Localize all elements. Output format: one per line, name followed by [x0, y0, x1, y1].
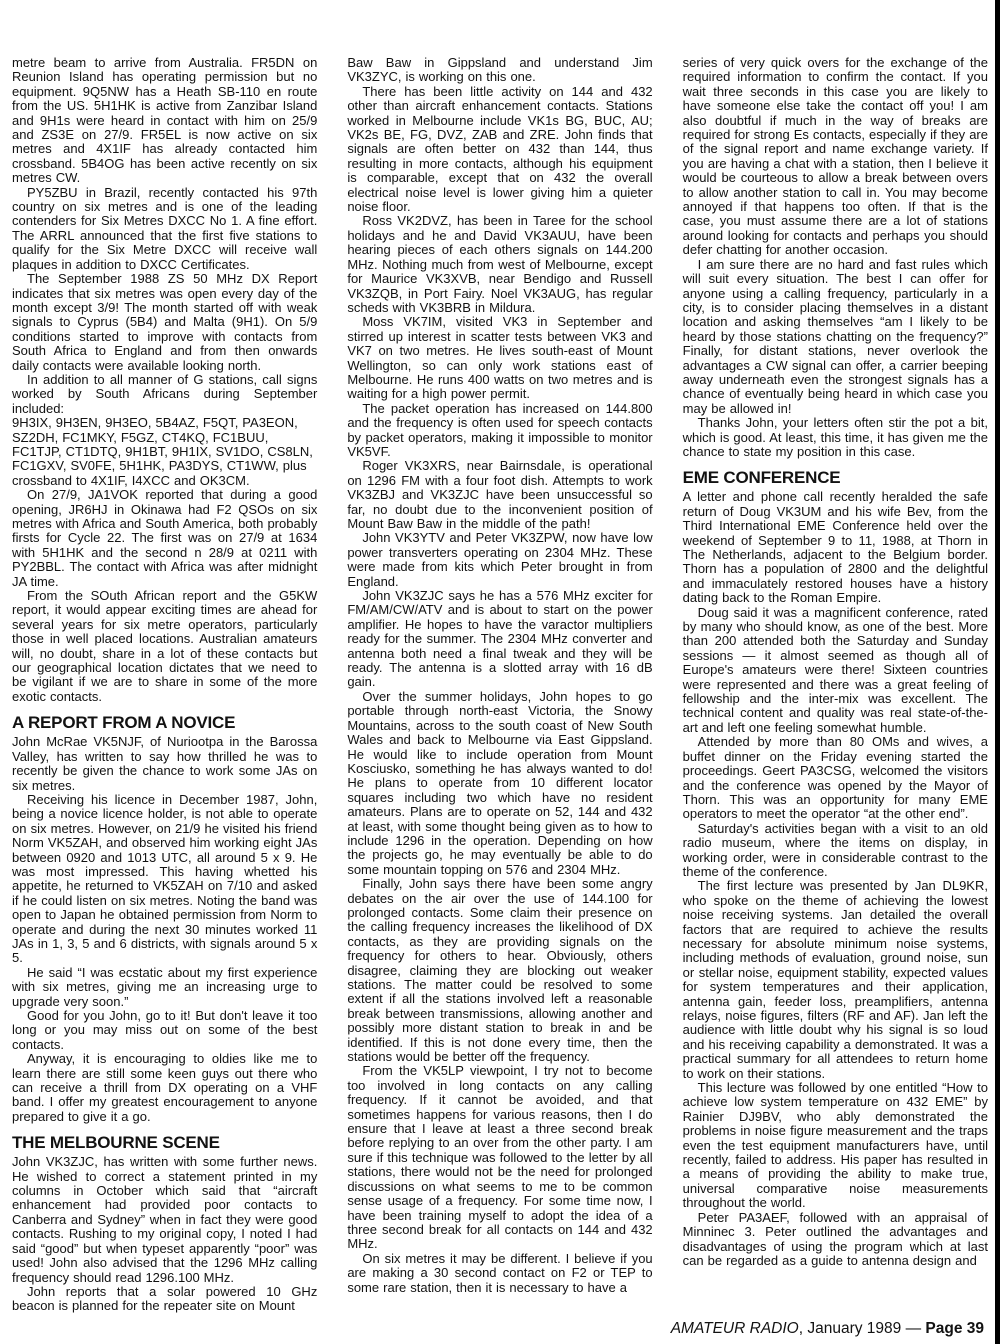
- page-edge-bar: [995, 0, 1000, 1344]
- paragraph: John McRae VK5NJF, of Nuriootpa in the B…: [12, 735, 317, 793]
- paragraph: I am sure there are no hard and fast rul…: [683, 258, 988, 416]
- paragraph: Doug said it was a magnificent conferenc…: [683, 606, 988, 736]
- magazine-page: metre beam to arrive from Australia. FR5…: [0, 0, 1000, 1344]
- paragraph: A letter and phone call recently heralde…: [683, 490, 988, 605]
- paragraph: 9H3IX, 9H3EN, 9H3EO, 5B4AZ, F5QT, PA3EON…: [12, 416, 317, 488]
- paragraph: Anyway, it is encouraging to oldies like…: [12, 1052, 317, 1124]
- paragraph: Receiving his licence in December 1987, …: [12, 793, 317, 966]
- paragraph: He said “I was ecstatic about my first e…: [12, 966, 317, 1009]
- footer-issue-text: , January 1989 —: [799, 1320, 926, 1337]
- paragraph: From the VK5LP viewpoint, I try not to b…: [347, 1064, 652, 1251]
- column-3: series of very quick overs for the excha…: [683, 56, 988, 1314]
- paragraph: PY5ZBU in Brazil, recently contacted his…: [12, 186, 317, 272]
- paragraph: John VK3YTV and Peter VK3ZPW, now have l…: [347, 531, 652, 589]
- paragraph: There has been little activity on 144 an…: [347, 85, 652, 215]
- paragraph: John VK3ZJC, has written with some furth…: [12, 1155, 317, 1285]
- paragraph: Baw Baw in Gippsland and understand Jim …: [347, 56, 652, 85]
- paragraph: Finally, John says there have been some …: [347, 877, 652, 1064]
- page-footer: AMATEUR RADIO, January 1989 — Page 39: [671, 1320, 984, 1338]
- paragraph: Attended by more than 80 OMs and wives, …: [683, 735, 988, 821]
- paragraph: Ross VK2DVZ, has been in Taree for the s…: [347, 214, 652, 315]
- paragraph: Thanks John, your letters often stir the…: [683, 416, 988, 459]
- paragraph: Moss VK7IM, visited VK3 in September and…: [347, 315, 652, 401]
- paragraph: The September 1988 ZS 50 MHz DX Report i…: [12, 272, 317, 373]
- section-heading: THE MELBOURNE SCENE: [12, 1133, 317, 1152]
- paragraph: From the SOuth African report and the G5…: [12, 589, 317, 704]
- paragraph: In addition to all manner of G stations,…: [12, 373, 317, 416]
- paragraph: Roger VK3XRS, near Bairnsdale, is operat…: [347, 459, 652, 531]
- paragraph: This lecture was followed by one entitle…: [683, 1081, 988, 1211]
- paragraph: The first lecture was presented by Jan D…: [683, 879, 988, 1081]
- paragraph: John reports that a solar powered 10 GHz…: [12, 1285, 317, 1314]
- section-heading: EME CONFERENCE: [683, 468, 988, 487]
- article-columns: metre beam to arrive from Australia. FR5…: [0, 0, 1000, 1314]
- paragraph: Over the summer holidays, John hopes to …: [347, 690, 652, 877]
- paragraph: series of very quick overs for the excha…: [683, 56, 988, 258]
- section-heading: A REPORT FROM A NOVICE: [12, 713, 317, 732]
- paragraph: Good for you John, go to it! But don't l…: [12, 1009, 317, 1052]
- paragraph: The packet operation has increased on 14…: [347, 402, 652, 460]
- column-2: Baw Baw in Gippsland and understand Jim …: [347, 56, 652, 1314]
- paragraph: On 27/9, JA1VOK reported that during a g…: [12, 488, 317, 589]
- footer-page-number: Page 39: [925, 1320, 984, 1337]
- paragraph: Peter PA3AEF, followed with an appraisal…: [683, 1211, 988, 1269]
- paragraph: metre beam to arrive from Australia. FR5…: [12, 56, 317, 186]
- paragraph: Saturday's activities began with a visit…: [683, 822, 988, 880]
- column-1: metre beam to arrive from Australia. FR5…: [12, 56, 317, 1314]
- paragraph: On six metres it may be different. I bel…: [347, 1252, 652, 1295]
- magazine-title: AMATEUR RADIO: [671, 1320, 799, 1337]
- paragraph: John VK3ZJC says he has a 576 MHz excite…: [347, 589, 652, 690]
